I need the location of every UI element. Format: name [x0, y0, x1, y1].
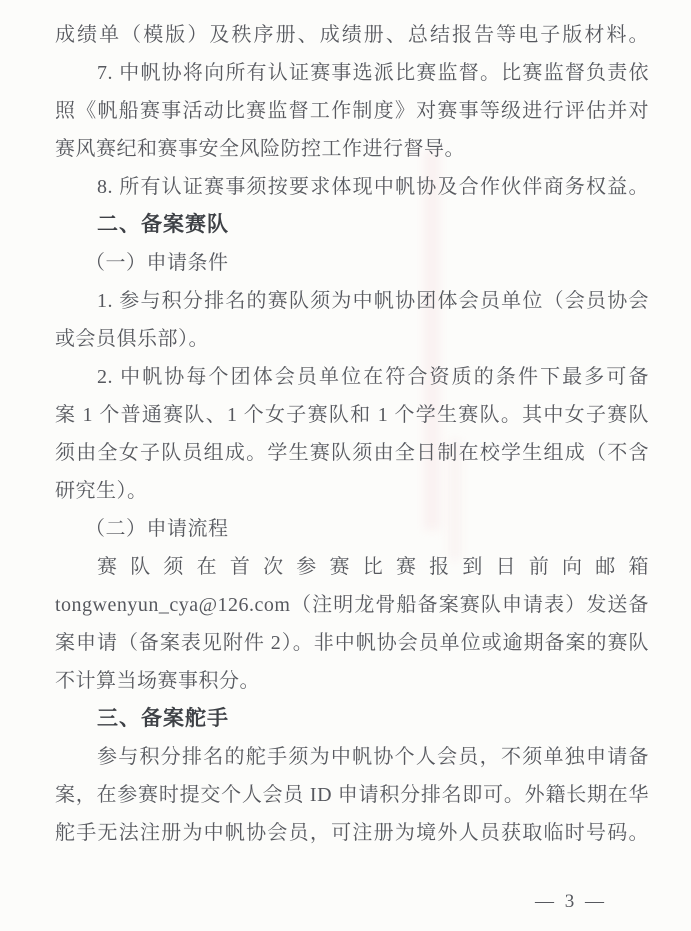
text-line: 1. 参与积分排名的赛队须为中帆协团体会员单位（会员协会 [55, 282, 649, 320]
page-number: — 3 — [535, 891, 607, 913]
text-line: tongwenyun_cya@126.com（注明龙骨船备案赛队申请表）发送备 [55, 586, 649, 624]
text-line: 或会员俱乐部）。 [55, 320, 649, 358]
text-line: 照《帆船赛事活动比赛监督工作制度》对赛事等级进行评估并对 [55, 92, 649, 130]
text-line: 赛风赛纪和赛事安全风险防控工作进行督导。 [55, 130, 649, 168]
text-line: 成绩单（模版）及秩序册、成绩册、总结报告等电子版材料。 [55, 16, 649, 54]
text-line: 案，在参赛时提交个人会员 ID 申请积分排名即可。外籍长期在华 [55, 776, 649, 814]
text-line: 8. 所有认证赛事须按要求体现中帆协及合作伙伴商务权益。 [55, 168, 649, 206]
text-line: 舵手无法注册为中帆协会员，可注册为境外人员获取临时号码。 [55, 814, 649, 852]
text-line: 案申请（备案表见附件 2）。非中帆协会员单位或逾期备案的赛队 [55, 624, 649, 662]
document-page: 成绩单（模版）及秩序册、成绩册、总结报告等电子版材料。7. 中帆协将向所有认证赛… [0, 0, 691, 931]
text-line: 7. 中帆协将向所有认证赛事选派比赛监督。比赛监督负责依 [55, 54, 649, 92]
page-footer: — 3 — [0, 891, 691, 931]
text-line: 案 1 个普通赛队、1 个女子赛队和 1 个学生赛队。其中女子赛队 [55, 396, 649, 434]
text-line: 参与积分排名的舵手须为中帆协个人会员，不须单独申请备 [55, 738, 649, 776]
text-line: 三、备案舵手 [55, 700, 649, 738]
text-line: 研究生）。 [55, 472, 649, 510]
text-line: 赛队须在首次参赛比赛报到日前向邮箱 [55, 548, 649, 586]
text-line: 二、备案赛队 [55, 206, 649, 244]
document-body: 成绩单（模版）及秩序册、成绩册、总结报告等电子版材料。7. 中帆协将向所有认证赛… [55, 16, 649, 852]
text-line: 不计算当场赛事积分。 [55, 662, 649, 700]
text-line: 2. 中帆协每个团体会员单位在符合资质的条件下最多可备 [55, 358, 649, 396]
text-line: 须由全女子队员组成。学生赛队须由全日制在校学生组成（不含 [55, 434, 649, 472]
text-line: （一）申请条件 [55, 244, 649, 282]
text-line: （二）申请流程 [55, 510, 649, 548]
